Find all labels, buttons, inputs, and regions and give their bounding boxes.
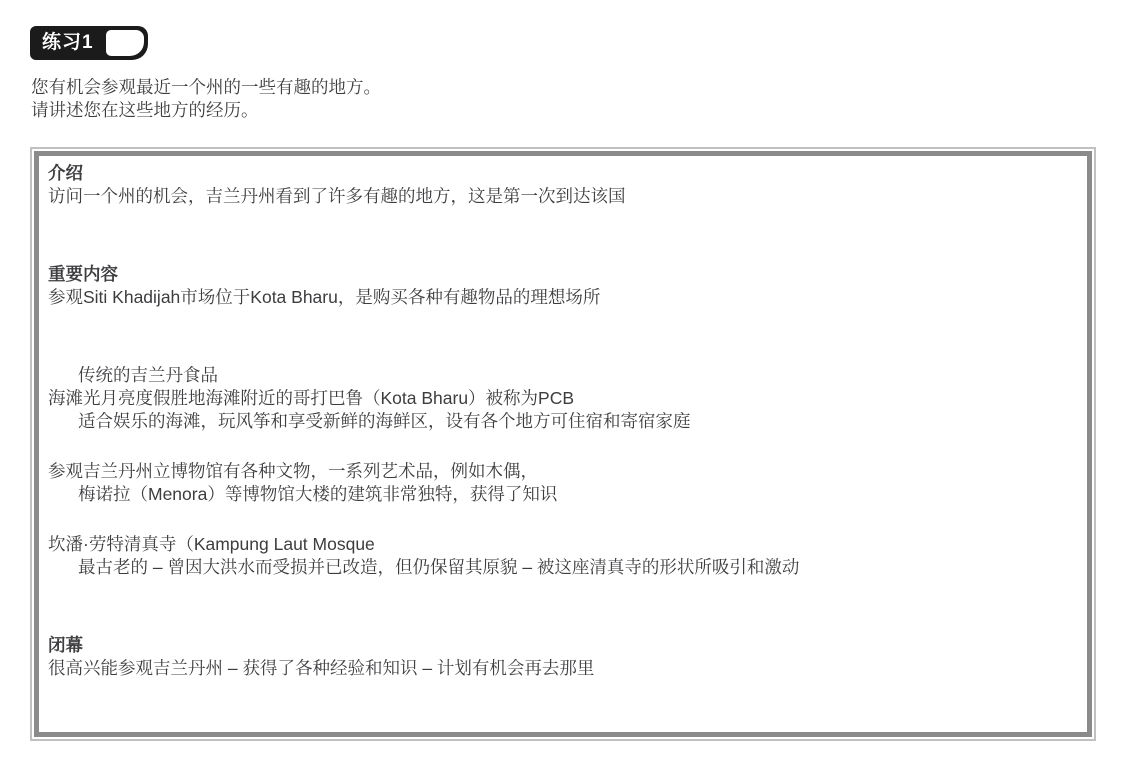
text-line: 适合娱乐的海滩，玩风筝和享受新鲜的海鲜区，设有各个地方可住宿和寄宿家庭: [48, 410, 1075, 433]
answer-box-content: 介绍访问一个州的机会，吉兰丹州看到了许多有趣的地方，这是第一次到达该国重要内容参…: [48, 162, 1075, 680]
text-line: 最古老的 – 曾因大洪水而受损并已改造，但仍保留其原貌 – 被这座清真寺的形状所…: [48, 556, 1075, 579]
exercise-badge-label: 练习1: [42, 33, 94, 52]
section-heading: 重要内容: [48, 263, 1075, 286]
text-line: 很高兴能参观吉兰丹州 – 获得了各种经验和知识 – 计划有机会再去那里: [48, 657, 1075, 680]
text-line: 海滩光月亮度假胜地海滩附近的哥打巴鲁（Kota Bharu）被称为PCB: [48, 387, 1075, 410]
text-line: 参观吉兰丹州立博物馆有各种文物，一系列艺术品，例如木偶，: [48, 460, 1075, 483]
text-line: 访问一个州的机会，吉兰丹州看到了许多有趣的地方，这是第一次到达该国: [48, 185, 1075, 208]
text-line: 坎潘·劳特清真寺（Kampung Laut Mosque: [48, 533, 1075, 556]
instructions: 您有机会参观最近一个州的一些有趣的地方。 请讲述您在这些地方的经历。: [31, 76, 381, 122]
text-line: 参观Siti Khadijah市场位于Kota Bharu，是购买各种有趣物品的…: [48, 286, 1075, 309]
page-tab-icon: [106, 30, 144, 56]
section-heading: 介绍: [48, 162, 1075, 185]
page: 练习1 您有机会参观最近一个州的一些有趣的地方。 请讲述您在这些地方的经历。 介…: [0, 0, 1127, 767]
text-line: 梅诺拉（Menora）等博物馆大楼的建筑非常独特，获得了知识: [48, 483, 1075, 506]
instruction-line-1: 您有机会参观最近一个州的一些有趣的地方。: [31, 76, 381, 99]
answer-box: 介绍访问一个州的机会，吉兰丹州看到了许多有趣的地方，这是第一次到达该国重要内容参…: [34, 151, 1092, 737]
text-line: 传统的吉兰丹食品: [48, 364, 1075, 387]
exercise-badge: 练习1: [30, 26, 148, 60]
section-heading: 闭幕: [48, 634, 1075, 657]
instruction-line-2: 请讲述您在这些地方的经历。: [31, 99, 381, 122]
